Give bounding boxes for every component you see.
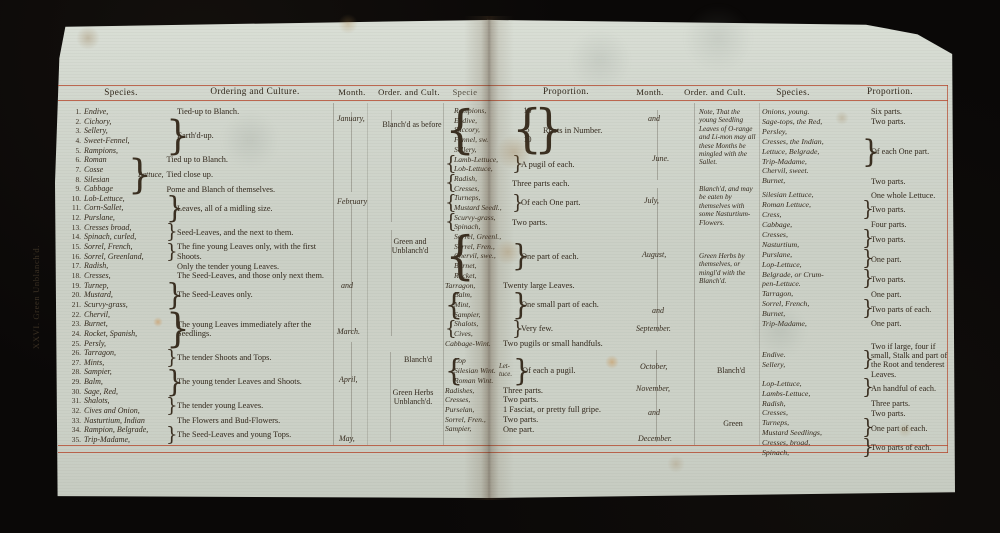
mid-group: Sampier,One part. <box>445 424 637 434</box>
species-name: Cabbage, <box>762 220 792 230</box>
species-entry: Mustard Seedlings, <box>762 428 862 438</box>
species-entry: Cresses, broad, <box>762 438 862 448</box>
species-group: 17.Radish,Only the tender young Leaves. <box>66 261 334 271</box>
proportion-cell: 1 Fasciat, or pretty full gripe. <box>503 405 637 414</box>
species-number: 6. <box>66 155 81 165</box>
species-group: 10.Lob-Lettuce,11.Corn-Sallet,12.Purslan… <box>66 194 334 223</box>
species-entry: 23.Burnet, <box>66 319 166 329</box>
species-entry: Endive. <box>762 350 862 360</box>
group-brace: } <box>512 154 521 174</box>
column-divider-line <box>351 342 352 442</box>
species-entry: 31.Shalots, <box>66 396 166 406</box>
species-list: 28.Sampier,29.Balm,30.Sage, Red, <box>66 367 166 396</box>
species-entry: 27.Mints, <box>66 358 166 368</box>
species-number: 1. <box>66 107 81 117</box>
species-name: Onions, young. <box>762 107 809 117</box>
species-entry: Burnet, <box>762 309 862 319</box>
species-list: 34.Rampion, Belgrade,35.Trip-Madame, <box>66 425 166 444</box>
species-list: Sage-tops, the Red, <box>762 117 862 127</box>
species-entry: Chervil, sweet. <box>762 166 862 176</box>
column-divider-line <box>657 188 658 332</box>
species-entry: 33.Nasturtium, Indian <box>66 416 166 426</box>
proportion-cell: One part of each. <box>871 424 948 433</box>
culture-text: The young tender Leaves and Shoots. <box>175 377 334 386</box>
species-name: Nasturtium, Indian <box>84 416 145 426</box>
species-list: Radish, <box>762 399 862 409</box>
column-divider-line <box>443 103 444 445</box>
species-entry: Lop-Lettuce, <box>762 260 862 270</box>
species-name: Roman Lettuce, <box>762 200 811 210</box>
species-name: Rampions, <box>84 146 118 156</box>
right-group: Endive.Sellery,}Two if large, four if sm… <box>762 342 948 379</box>
species-number: 19. <box>66 281 81 291</box>
species-name: Purslane, <box>84 213 115 223</box>
right-group: Roman Lettuce,Cress,}Two parts. <box>762 200 948 220</box>
species-entry: Nasturtium, <box>762 240 862 250</box>
species-entry: Lambs-Lettuce, <box>762 389 862 399</box>
left-table-body: 1.Endive,Tied-up to Blanch.2.Cichory,3.S… <box>66 107 334 445</box>
species-entry: 18.Cresses, <box>66 271 166 281</box>
column-divider-line <box>390 352 391 442</box>
species-name: Silesian <box>84 175 109 185</box>
right-group: Trip-Madame,One part. <box>762 319 948 329</box>
species-group: 2.Cichory,3.Sellery,4.Sweet-Fennel,5.Ram… <box>66 117 334 156</box>
species-entry: Cives, <box>454 329 512 339</box>
proportion-cell: Two parts of each. <box>871 443 948 452</box>
species-group: 31.Shalots,32.Cives and Onion,}The tende… <box>66 396 334 415</box>
species-entry: Sampier, <box>445 424 503 434</box>
species-list: Lop-Lettuce,Lambs-Lettuce, <box>762 379 862 399</box>
species-number: 15. <box>66 242 81 252</box>
mid-group: {Radish,Cresses,Three parts each. <box>445 174 637 193</box>
species-entry: Cress, <box>762 210 862 220</box>
right-group: Cabbage,Four parts. <box>762 220 948 230</box>
group-brace: } <box>534 105 543 156</box>
species-name: Sellery, <box>762 360 785 370</box>
species-number: 10. <box>66 194 81 204</box>
species-list: Cabbage, <box>762 220 862 230</box>
proportion-text: Three parts each. <box>512 179 569 188</box>
species-list: 17.Radish, <box>66 261 166 271</box>
proportion-text: Two parts. <box>871 117 905 126</box>
proportion-cell: Four parts. <box>871 220 948 229</box>
proportion-text: Two parts. <box>871 177 905 186</box>
group-brace: } <box>166 242 175 262</box>
species-name: Endive, <box>84 107 108 117</box>
group-brace: } <box>513 356 522 386</box>
species-number: 29. <box>66 377 81 387</box>
species-list: 22.Chervil,23.Burnet,24.Rocket, Spanish,… <box>66 310 166 349</box>
group-brace: } <box>166 193 175 223</box>
species-name: Belgrade, or Crum- <box>762 270 824 280</box>
proportion-cell: Two if large, four if small, Stalk and p… <box>871 342 948 379</box>
species-name: Corn-Sallet, <box>84 203 123 213</box>
species-name: Chervil, <box>84 310 110 320</box>
proportion-cell: {1025104}Roots in Number. <box>512 106 637 154</box>
species-number: 25. <box>66 339 81 349</box>
order-cult-label: Green and Unblanch'd <box>377 237 443 255</box>
species-name: Cresses, the Indian, <box>762 137 824 147</box>
species-name: Lop-Lettuce, <box>762 260 802 270</box>
species-name: Sage-tops, the Red, <box>762 117 822 127</box>
proportion-cell: One part. <box>871 319 948 328</box>
species-number: 30. <box>66 387 81 397</box>
month-label: May, <box>339 434 389 443</box>
species-number: 23. <box>66 319 81 329</box>
culture-text: The Seed-Leaves, and those only next the… <box>175 271 334 280</box>
species-name: Cresses, broad, <box>762 438 810 448</box>
proportion-cell: One part. <box>871 255 948 264</box>
species-number: 28. <box>66 367 81 377</box>
species-name: Lob-Lettuce, <box>84 194 125 204</box>
proportion-cell: Two parts. <box>871 205 948 214</box>
species-entry: Purslane, <box>762 250 862 260</box>
proportion-text: Very few. <box>521 324 553 333</box>
proportion-text: One part. <box>871 319 901 328</box>
species-name: Sage, Red, <box>84 387 118 397</box>
species-entry: 35.Trip-Madame, <box>66 435 166 445</box>
species-number: 24. <box>66 329 81 339</box>
column-divider-line <box>351 112 352 192</box>
header-culture-left: Ordering and Culture. <box>172 86 338 96</box>
species-list: Purslane,Lop-Lettuce, <box>762 250 862 270</box>
species-name: Cresses broad, <box>84 223 131 233</box>
species-entry: Spinach, <box>762 448 862 458</box>
species-entry: Belgrade, or Crum- <box>762 270 862 280</box>
header-proportion-right: Proportion. <box>848 86 932 96</box>
species-name: Persly, <box>84 339 106 349</box>
species-name: Cresses, <box>762 230 788 240</box>
mid-group: {Rampions,Endive,Succory,Fennel, sw.Sell… <box>445 106 637 155</box>
species-name: Mustard Seedl., <box>454 203 502 213</box>
species-name: Rocket, Spanish, <box>84 329 137 339</box>
proportion-cell: }Of each a pugil. <box>513 357 637 385</box>
proportion-cell: Two parts. <box>512 218 637 227</box>
species-list: Sorrel, Fren., <box>445 415 503 425</box>
species-name: Cabbage-Wint. <box>445 339 491 349</box>
species-list: Roman Lettuce,Cress, <box>762 200 862 220</box>
species-name: Sweet-Fennel, <box>84 136 130 146</box>
species-entry: 24.Rocket, Spanish, <box>66 329 166 339</box>
species-number: 20. <box>66 290 81 300</box>
right-group: Burnet,Two parts. <box>762 176 948 186</box>
species-entry: 12.Purslane, <box>66 213 166 223</box>
species-number: 3. <box>66 126 81 136</box>
species-name: Turneps, <box>454 193 480 203</box>
culture-text: The Seed-Leaves and young Tops. <box>175 430 334 439</box>
species-entry: Tarragon, <box>762 289 862 299</box>
proportion-cell: Two parts. <box>871 275 948 284</box>
species-entry: 8.Silesian <box>66 175 128 185</box>
column-divider-line <box>367 103 368 445</box>
species-entry: Purselan, <box>445 405 503 415</box>
species-name: Trip-Madame, <box>84 435 130 445</box>
group-brace: { <box>445 105 454 156</box>
species-list: Cresses, <box>445 395 503 405</box>
proportion-cell: Two parts. <box>871 235 948 244</box>
group-brace: } <box>166 116 175 157</box>
culture-text: Tied up to Blanch.Tied close up.Pome and… <box>165 155 334 194</box>
proportion-cell: }One part of each. <box>512 242 637 270</box>
culture-text: Leaves, all of a midling size. <box>175 204 334 213</box>
species-entry: 3.Sellery, <box>66 126 166 136</box>
species-name: Trip-Madame, <box>762 319 807 329</box>
species-name: Radish, <box>454 174 477 184</box>
species-list: 1.Endive, <box>66 107 166 117</box>
species-group: 34.Rampion, Belgrade,35.Trip-Madame,}The… <box>66 425 334 444</box>
mid-group: {Turneps,Mustard Seedl.,}Of each One par… <box>445 193 637 212</box>
species-list: 26.Tarragon,27.Mints, <box>66 348 166 367</box>
species-name: Trip-Madame, <box>762 157 807 167</box>
species-group: 15.Sorrel, French,16.Sorrel, Greenland,}… <box>66 242 334 261</box>
species-entry: Trip-Madame, <box>762 157 862 167</box>
species-entry: 26.Tarragon, <box>66 348 166 358</box>
mid-group: Sorrel, Fren.,Two parts. <box>445 415 637 425</box>
species-list: Endive.Sellery, <box>762 350 862 370</box>
right-group: Sorrel, French,Burnet,}Two parts of each… <box>762 299 948 319</box>
proportion-text: One whole Lettuce. <box>871 191 935 200</box>
species-entry: Radish, <box>454 174 512 184</box>
culture-text: Earth'd-up. <box>175 131 334 140</box>
proportion-text: Two parts. <box>503 415 538 424</box>
group-brace: } <box>862 378 871 398</box>
species-name: Burnet, <box>84 319 108 329</box>
culture-text: The Seed-Leaves only. <box>175 290 334 299</box>
species-entry: Lop-Lettuce, <box>762 379 862 389</box>
species-name: Persley, <box>762 127 787 137</box>
header-species-right: Species. <box>766 87 820 97</box>
species-group: 13.Cresses broad,14.Spinach, curled,}See… <box>66 223 334 242</box>
proportion-cell: Two parts. <box>871 177 948 186</box>
species-name: Turneps, <box>762 418 789 428</box>
species-number: 14. <box>66 232 81 242</box>
culture-line: Pome and Blanch of themselves. <box>167 185 334 194</box>
species-name: Cabbage <box>84 184 113 194</box>
mid-group: Purselan,1 Fasciat, or pretty full gripe… <box>445 405 637 415</box>
group-brace: } <box>512 241 521 271</box>
right-group: Persley,Cresses, the Indian,Lettuce, Bel… <box>762 127 948 177</box>
species-name: Cresses, <box>454 184 479 194</box>
species-number: 22. <box>66 310 81 320</box>
species-name: Burnet, <box>762 309 785 319</box>
proportion-cell: Of each One part. <box>871 147 948 156</box>
month-label: January, <box>337 114 387 123</box>
column-divider-line <box>759 103 760 445</box>
species-entry: 7.Cosse <box>66 165 128 175</box>
proportion-cell: One part. <box>871 290 948 299</box>
right-group: Radish,Three parts. <box>762 399 948 409</box>
red-rule-top-2 <box>58 100 948 101</box>
species-list: Onions, young. <box>762 107 862 117</box>
proportion-text: One part. <box>503 425 534 434</box>
species-name: Silesian Lettuce, <box>762 190 814 200</box>
proportion-text: Four parts. <box>871 220 906 229</box>
order-cult-label: Green Herbs by themselves, or mingl'd wi… <box>699 252 761 286</box>
proportion-text: A pugil of each. <box>521 160 575 169</box>
species-name: Purslane, <box>762 250 792 260</box>
order-cult-label: Blanch'd, and may be eaten by themselves… <box>699 185 759 227</box>
proportion-text: One small part of each. <box>521 300 599 309</box>
species-entry: Cresses, <box>762 230 862 240</box>
mid-group: {Balm,Mint,Sampier,}One small part of ea… <box>445 290 637 319</box>
species-entry: Cresses, <box>762 408 862 418</box>
proportion-text: Two pugils or small handfuls. <box>503 339 603 348</box>
species-number: 34. <box>66 425 81 435</box>
species-entry: Lettuce, Belgrade, <box>762 147 862 157</box>
species-entry: 20.Mustard, <box>66 290 166 300</box>
species-entry: Turneps, <box>454 193 512 203</box>
species-group: 18.Cresses,The Seed-Leaves, and those on… <box>66 271 334 281</box>
right-group: Belgrade, or Crum-pen-Lettuce.}Two parts… <box>762 270 948 290</box>
month-label: March. <box>337 327 387 336</box>
species-group: 19.Turnep,20.Mustard,21.Scurvy-grass,}Th… <box>66 281 334 310</box>
species-name: Shalots, <box>84 396 110 406</box>
species-number: 33. <box>66 416 81 426</box>
column-divider-line <box>351 203 352 333</box>
group-brace: } <box>512 193 521 213</box>
proportion-text: 1 Fasciat, or pretty full gripe. <box>503 405 601 414</box>
proportion-text: One part. <box>871 255 901 264</box>
species-name: Sorrel, French, <box>762 299 809 309</box>
month-label: July, <box>644 196 694 205</box>
proportion-cell: One part. <box>503 425 637 434</box>
proportion-cell: An handful of each. <box>871 384 948 393</box>
month-label: September. <box>636 324 686 333</box>
species-entry: 28.Sampier, <box>66 367 166 377</box>
species-list: Trip-Madame, <box>762 319 862 329</box>
species-name: Mustard Seedlings, <box>762 428 822 438</box>
species-name: Chervil, sweet. <box>762 166 809 176</box>
species-number: 9. <box>66 184 81 194</box>
species-name: Lettuce, Belgrade, <box>762 147 819 157</box>
species-name: Balm, <box>84 377 103 387</box>
species-list: Sampier, <box>445 424 503 434</box>
species-entry: 25.Persly, <box>66 339 166 349</box>
species-name: Scurvy-grass, <box>454 213 496 223</box>
species-list: Tarragon, <box>762 289 862 299</box>
right-group: Silesian Lettuce,One whole Lettuce. <box>762 190 948 200</box>
species-group: 28.Sampier,29.Balm,30.Sage, Red,}The you… <box>66 367 334 396</box>
species-name: Spinach, <box>762 448 789 458</box>
header-species-left: Species. <box>82 87 160 97</box>
order-cult-label: Blanch'd <box>394 355 442 364</box>
group-brace: { <box>445 356 454 386</box>
species-list: Radish,Cresses, <box>454 174 512 193</box>
month-label: February <box>337 197 387 206</box>
month-label: and <box>648 114 698 123</box>
species-entry: Cresses, <box>454 184 512 194</box>
proportion-cell: Three parts each. <box>512 179 637 188</box>
species-list: Cresses, broad,Spinach, <box>762 438 862 458</box>
species-entry: 22.Chervil, <box>66 310 166 320</box>
mid-table-body: {Rampions,Endive,Succory,Fennel, sw.Sell… <box>445 106 637 444</box>
column-divider-line <box>657 110 658 180</box>
species-list: 18.Cresses, <box>66 271 166 281</box>
mid-group: {LopSilesian Wint.Roman Wint.Let- tuce.}… <box>445 356 637 385</box>
species-entry: 29.Balm, <box>66 377 166 387</box>
species-group: 26.Tarragon,27.Mints,}The tender Shoots … <box>66 348 334 367</box>
species-name: Cosse <box>84 165 103 175</box>
species-name: Radish, <box>84 261 108 271</box>
species-entry: Trip-Madame, <box>762 319 862 329</box>
species-list: Belgrade, or Crum-pen-Lettuce. <box>762 270 862 290</box>
species-name: Cives and Onion, <box>84 406 140 416</box>
species-entry: 9.Cabbage <box>66 184 128 194</box>
species-number: 21. <box>66 300 81 310</box>
proportion-cell: }Very few. <box>512 320 637 338</box>
group-brace: } <box>862 269 871 289</box>
species-entry: Roman Lettuce, <box>762 200 862 210</box>
proportion-cell: Two pugils or small handfuls. <box>503 339 637 348</box>
species-entry: 19.Turnep, <box>66 281 166 291</box>
column-divider-line <box>656 350 657 442</box>
species-number: 26. <box>66 348 81 358</box>
species-entry: Cresses, <box>445 395 503 405</box>
species-name: Spinach, curled, <box>84 232 136 242</box>
species-number: 2. <box>66 117 81 127</box>
proportion-cell: One whole Lettuce. <box>871 191 948 200</box>
species-list: 33.Nasturtium, Indian <box>66 416 166 426</box>
species-entry: 13.Cresses broad, <box>66 223 166 233</box>
species-name: pen-Lettuce. <box>762 279 801 289</box>
species-name: Tarragon, <box>84 348 116 358</box>
species-name: Cichory, <box>84 117 111 127</box>
culture-text: The Flowers and Bud-Flowers. <box>175 416 334 425</box>
species-entry: 32.Cives and Onion, <box>66 406 166 416</box>
month-label: and <box>341 281 391 290</box>
species-name: Sellery, <box>84 126 108 136</box>
species-name: Cresses, <box>762 408 788 418</box>
species-list: 6.Roman7.Cosse8.Silesian9.Cabbage <box>66 155 128 194</box>
proportion-cell: Three parts. <box>871 399 948 408</box>
species-list: 31.Shalots,32.Cives and Onion, <box>66 396 166 415</box>
species-entry: 1.Endive, <box>66 107 166 117</box>
group-brace: } <box>128 154 137 195</box>
species-entry: 16.Sorrel, Greenland, <box>66 252 166 262</box>
right-group: Sage-tops, the Red,Two parts. <box>762 117 948 127</box>
species-list: Turneps,Mustard Seedlings, <box>762 418 862 438</box>
culture-text: Only the tender young Leaves. <box>175 262 334 271</box>
month-label: November, <box>636 384 686 393</box>
culture-text: The tender Shoots and Tops. <box>175 353 334 362</box>
species-name: Sorrel, Greenland, <box>84 252 144 262</box>
species-entry: Persley, <box>762 127 862 137</box>
species-entry: 30.Sage, Red, <box>66 387 166 397</box>
species-list: 19.Turnep,20.Mustard,21.Scurvy-grass, <box>66 281 166 310</box>
species-name: Nasturtium, <box>762 240 799 250</box>
species-name: Endive. <box>762 350 786 360</box>
order-cult-label: Note, That the young Seedling Leaves of … <box>699 108 757 167</box>
group-brace: { <box>512 105 521 156</box>
group-brace: { <box>445 231 454 282</box>
species-name: Cress, <box>762 210 781 220</box>
right-group: Tarragon,One part. <box>762 289 948 299</box>
species-name: Turnep, <box>84 281 109 291</box>
species-entry: Radish, <box>762 399 862 409</box>
species-number: 13. <box>66 223 81 233</box>
mid-group: Cresses,Two parts. <box>445 395 637 405</box>
species-entry: Cresses, the Indian, <box>762 137 862 147</box>
species-entry: 14.Spinach, curled, <box>66 232 166 242</box>
species-number: 8. <box>66 175 81 185</box>
species-group: 1.Endive,Tied-up to Blanch. <box>66 107 334 117</box>
proportion-text: Six parts. <box>871 107 902 116</box>
species-name: Roman <box>84 155 107 165</box>
proportion-text: One part of each. <box>871 424 927 433</box>
species-entry: 4.Sweet-Fennel, <box>66 136 166 146</box>
culture-text: The fine young Leaves only, with the fir… <box>175 242 334 261</box>
culture-line: Tied close up. <box>167 170 334 179</box>
